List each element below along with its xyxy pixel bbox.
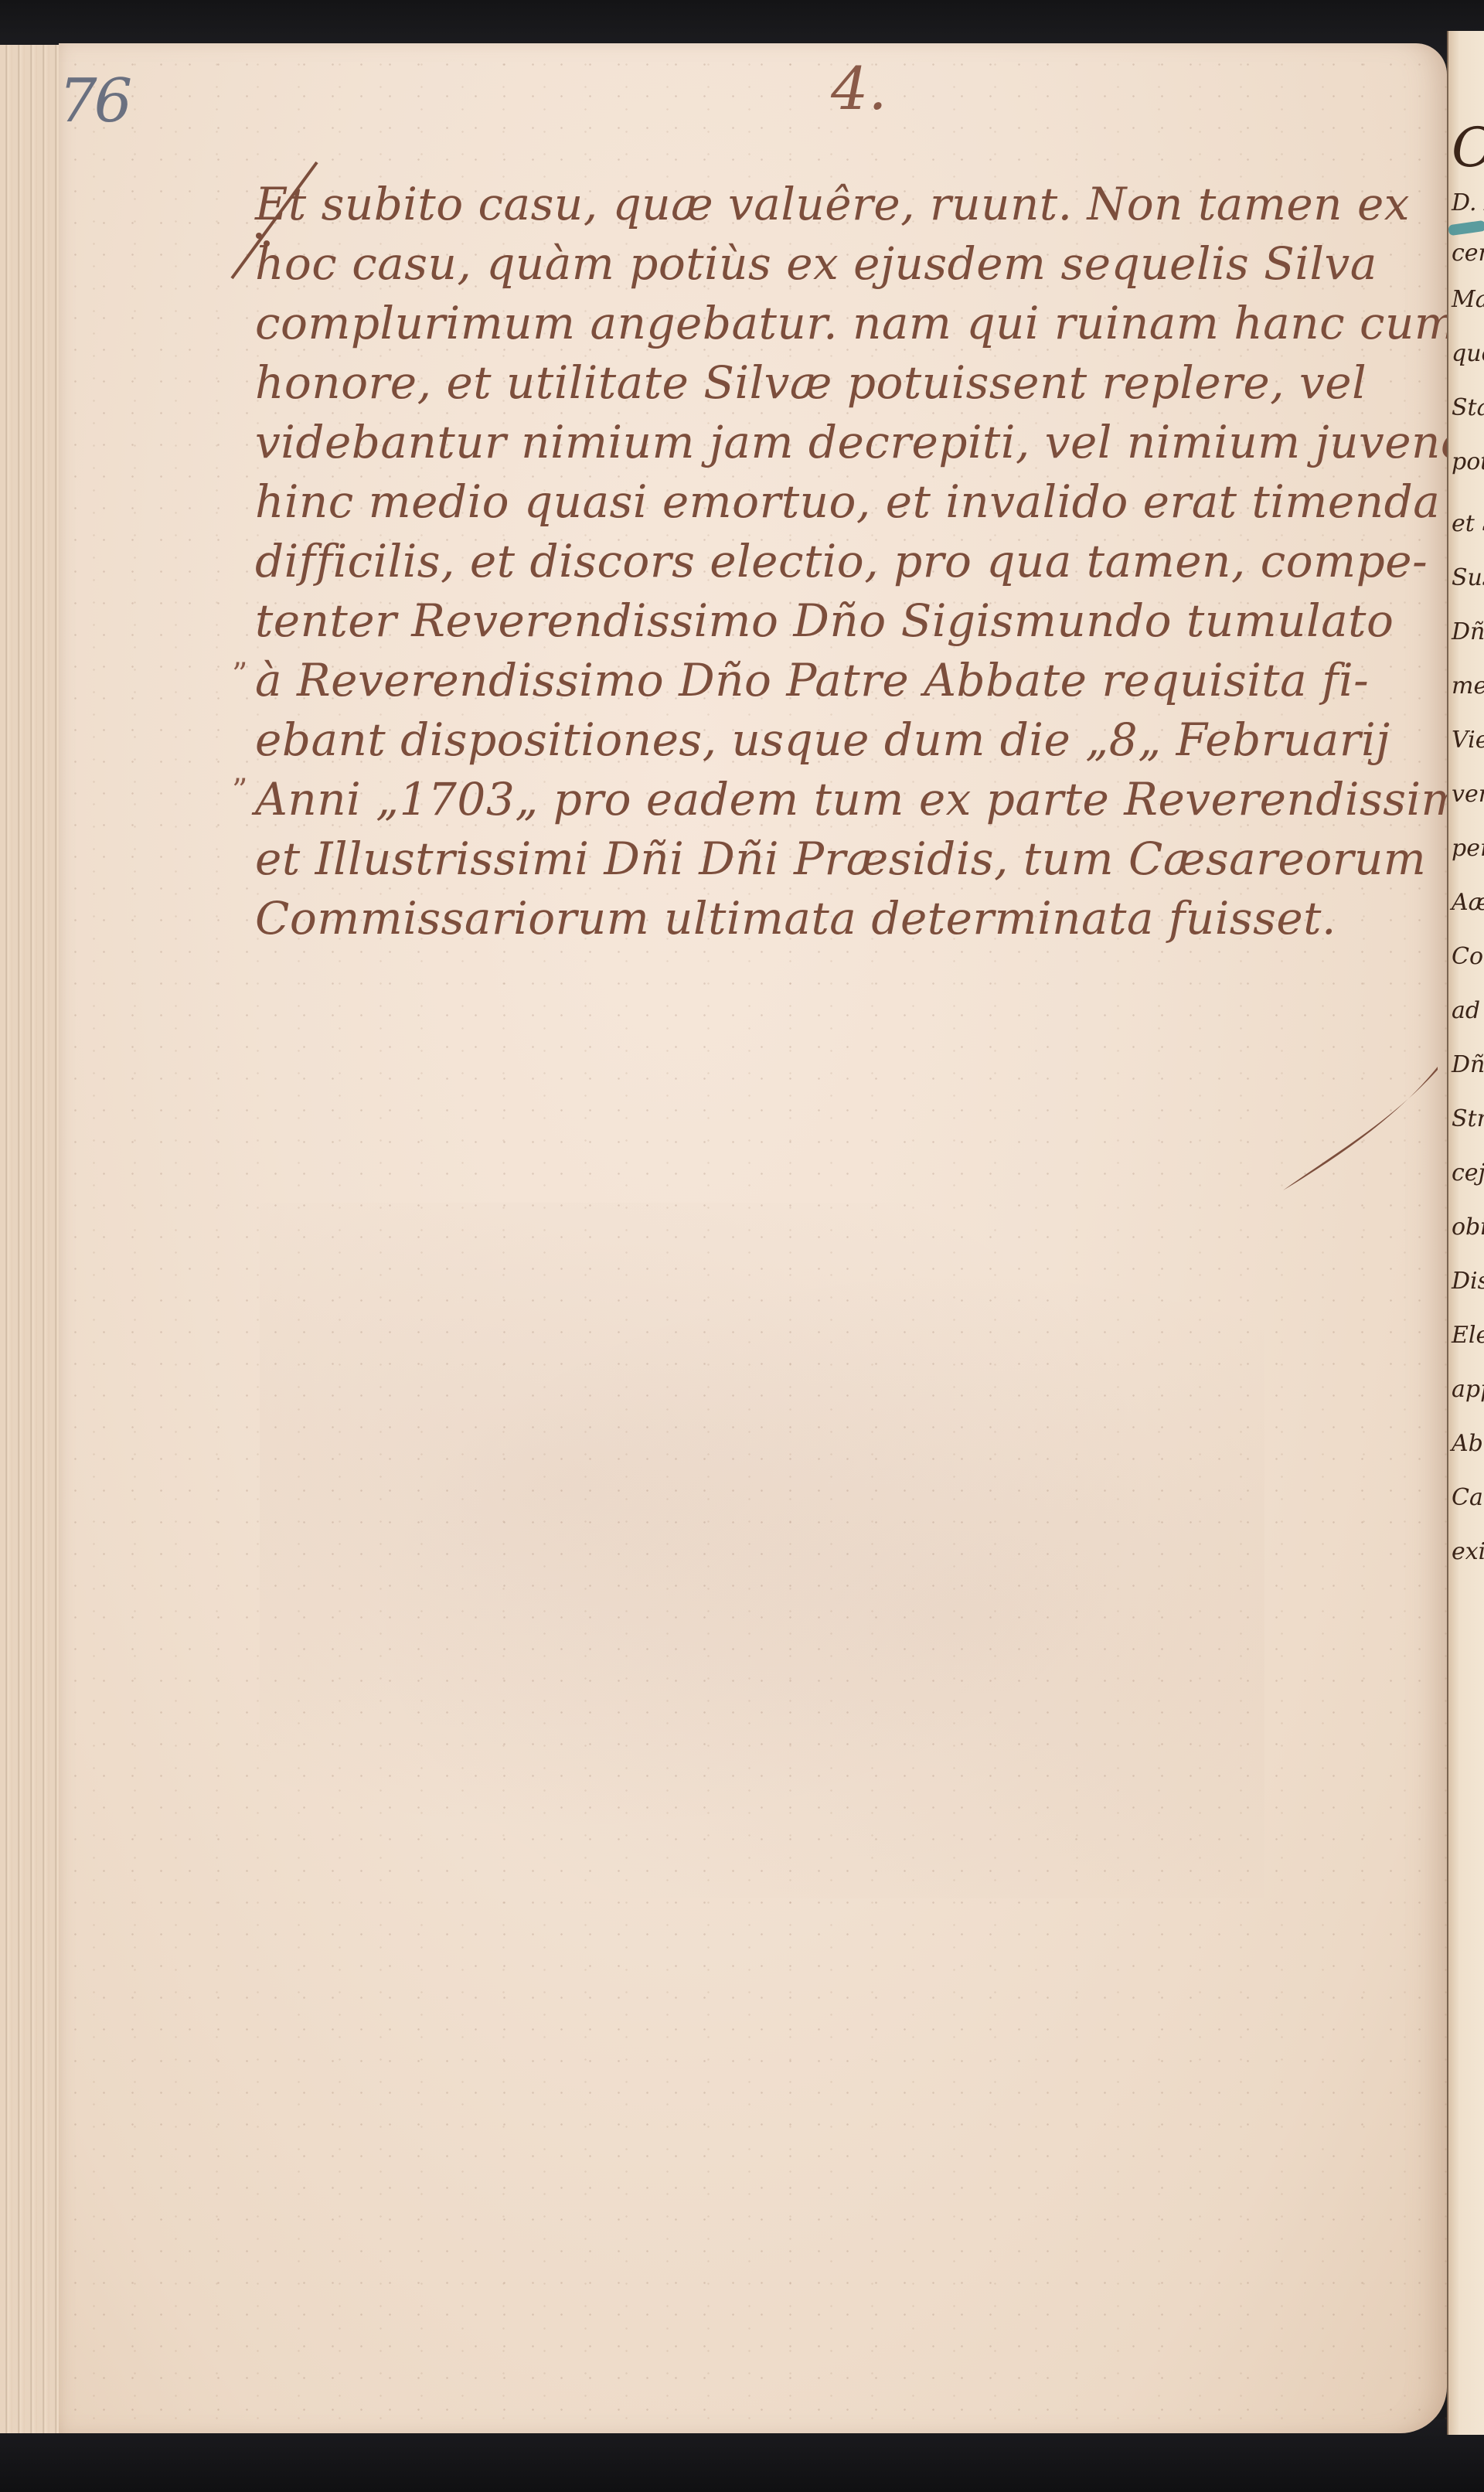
folio-number: 76 <box>59 66 129 136</box>
text-line: et Illustrissimi Dñi Dñi Præsidis, tum C… <box>255 829 1445 889</box>
margin-quote-mark: ” <box>232 657 247 693</box>
adjacent-text: per <box>1452 835 1484 862</box>
text-line: hinc medio quasi emortuo, et invalido er… <box>255 472 1445 532</box>
adjacent-text: eximij <box>1452 1538 1484 1565</box>
adjacent-text: quod, c <box>1452 340 1484 367</box>
adjacent-text: Susceri <box>1452 564 1484 591</box>
adjacent-text: Aæ a <box>1452 889 1484 916</box>
adjacent-text: obiit <box>1452 1214 1484 1241</box>
adjacent-text: Strelo <box>1452 1105 1484 1132</box>
adjacent-text: et Sua <box>1452 510 1484 537</box>
page-edges-stack <box>0 45 62 2433</box>
page-number: 4. <box>831 54 887 123</box>
adjacent-text: ceju <box>1452 1159 1484 1186</box>
adjacent-page-edge: O D. N cerna Maur quod, c Starke potueri… <box>1447 31 1484 2435</box>
adjacent-text: Maur <box>1452 286 1484 313</box>
adjacent-text: Dñi C <box>1452 1051 1484 1078</box>
closing-flourish-icon <box>1275 1059 1445 1198</box>
adjacent-text: Cali <box>1452 1484 1484 1511</box>
text-line: videbantur nimium jam decrepiti, vel nim… <box>255 413 1445 472</box>
blue-ink-mark <box>1448 220 1484 237</box>
ink-show-through <box>260 1203 1264 1898</box>
text-line: complurimum angebatur. nam qui ruinam ha… <box>255 294 1445 353</box>
adjacent-text: Compro <box>1452 943 1484 970</box>
text-line: hoc casu, quàm potiùs ex ejusdem sequeli… <box>255 234 1445 294</box>
adjacent-text: Abre <box>1452 1430 1484 1457</box>
adjacent-text: cerna <box>1452 240 1484 267</box>
adjacent-text: meli o <box>1452 672 1484 700</box>
adjacent-text: ad re <box>1452 997 1484 1024</box>
adjacent-text: verte <box>1452 781 1484 808</box>
text-line: Anni „1703„ pro eadem tum ex parte Rever… <box>255 770 1445 829</box>
adjacent-text: approb <box>1452 1376 1484 1403</box>
text-line: ebant dispositiones, usque dum die „8„ F… <box>255 710 1445 770</box>
adjacent-text: Dispo <box>1452 1268 1484 1295</box>
adjacent-text: Vies d <box>1452 727 1484 754</box>
adjacent-text: D. N <box>1452 189 1484 216</box>
adjacent-text: O <box>1452 116 1484 179</box>
manuscript-text: Et subito casu, quæ valuêre, ruunt. Non … <box>255 175 1445 948</box>
adjacent-text: Dñi Cia <box>1452 618 1484 645</box>
adjacent-text: Starke <box>1452 394 1484 421</box>
text-line: Et subito casu, quæ valuêre, ruunt. Non … <box>255 175 1445 234</box>
text-line: tenter Reverendissimo Dño Sigismundo tum… <box>255 591 1445 651</box>
text-line: honore, et utilitate Silvæ potuissent re… <box>255 353 1445 413</box>
text-line: Commissariorum ultimata determinata fuis… <box>255 889 1445 948</box>
adjacent-text: potueri <box>1452 448 1484 475</box>
adjacent-text: Electi <box>1452 1322 1484 1349</box>
text-line: à Reverendissimo Dño Patre Abbate requis… <box>255 651 1445 710</box>
text-line: difficilis, et discors electio, pro qua … <box>255 532 1445 591</box>
margin-quote-mark: ” <box>232 773 247 809</box>
